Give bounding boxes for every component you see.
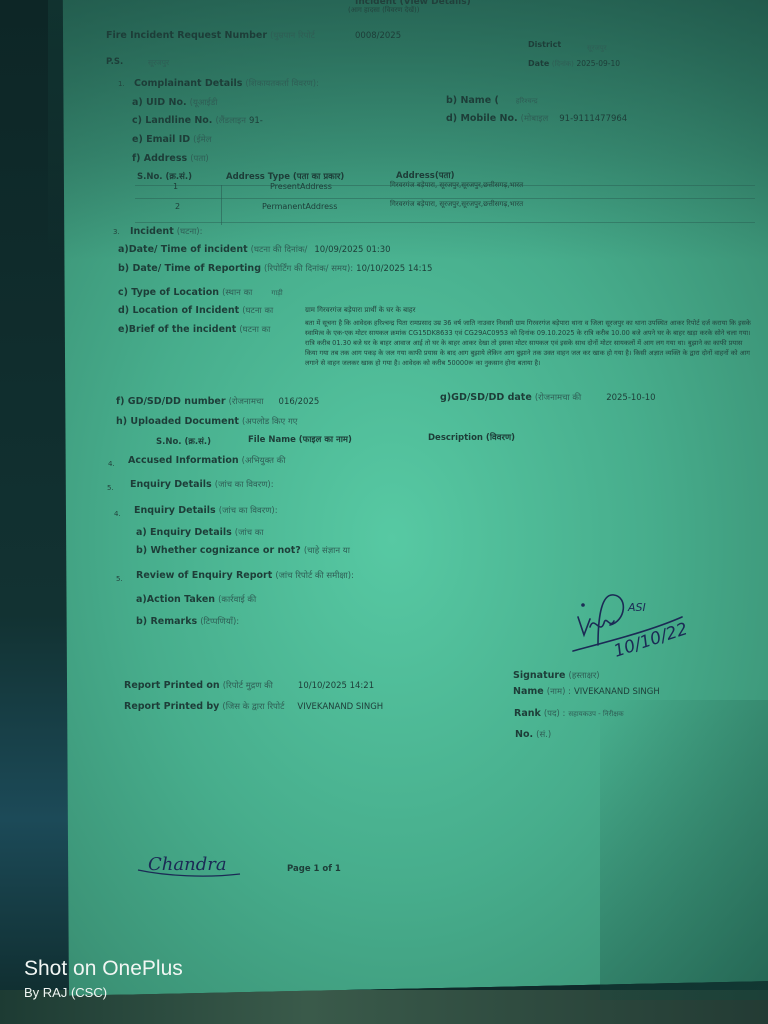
address-col-address: Address(पता): [396, 170, 454, 181]
address-col-type: Address Type (पता का प्रकार): [226, 171, 344, 182]
svg-text:Chandra: Chandra: [148, 854, 227, 875]
camera-watermark: Shot on OnePlus By RAJ (CSC): [24, 957, 183, 1000]
number-field: No. (सं.): [515, 729, 551, 740]
brief-of-incident-text: बता में सूचना है कि आवेदक हरिश्चन्द्र पि…: [305, 318, 755, 368]
table-column-divider: [221, 185, 222, 225]
officer-name-field: Name (नाम) : VIVEKANAND SINGH: [513, 686, 660, 697]
uploaded-col-description: Description (विवरण): [428, 432, 515, 443]
email-field: e) Email ID (ईमेल: [132, 134, 212, 145]
officer-signature-icon: ASI 10/10/22: [570, 585, 740, 675]
incident-datetime-value: 10/09/2025 01:30: [314, 245, 390, 255]
request-number-value: 0008/2025: [355, 31, 401, 41]
location-value: ग्राम गिरवरगंज बड़ेपारा प्रार्थी के घर क…: [305, 306, 415, 315]
gd-date-field: g)GD/SD/DD date (रोजनामचा की 2025-10-10: [440, 392, 656, 403]
brief-label-field: e)Brief of the incident (घटना का: [118, 324, 270, 335]
table-divider: [135, 222, 755, 223]
ps-value: सूरजपुर: [148, 58, 169, 68]
address-col-sno: S.No. (क्र.सं.): [137, 171, 192, 182]
officer-name-value: VIVEKANAND SINGH: [574, 687, 660, 697]
svg-text:10/10/22: 10/10/22: [611, 619, 690, 662]
remarks-field: b) Remarks (टिप्पणियाँ):: [136, 616, 239, 627]
mobile-value: 91-9111477964: [559, 114, 627, 124]
gd-date-value: 2025-10-10: [606, 393, 655, 403]
enquiry-details-field: a) Enquiry Details (जांच का: [136, 527, 263, 538]
table-divider: [135, 198, 755, 199]
address-field: f) Address (पता): [132, 153, 209, 164]
rank-field: Rank (पद) : सहायकउप - निरीक्षक: [514, 708, 624, 719]
svg-text:ASI: ASI: [627, 601, 646, 614]
gd-number-field: f) GD/SD/DD number (रोजनामचा 016/2025: [116, 396, 319, 407]
rank-value: सहायकउप - निरीक्षक: [568, 710, 623, 718]
name-field: b) Name ( हरिश्चन्द्र: [446, 95, 538, 106]
review-heading: Review of Enquiry Report (जांच रिपोर्ट क…: [136, 570, 354, 581]
uploaded-document-field: h) Uploaded Document (अपलोड किए गए: [116, 416, 297, 427]
printed-on-field: Report Printed on (रिपोर्ट मुद्रण की 10/…: [124, 680, 374, 691]
doc-title-hindi: (आग हादसा (विवरण देखें)): [348, 6, 419, 15]
witness-signature-icon: Chandra: [136, 840, 246, 888]
incident-datetime-field: a)Date/ Time of incident (घटना की दिनांक…: [118, 244, 391, 255]
name-value: हरिश्चन्द्र: [516, 97, 538, 105]
mobile-field: d) Mobile No. (मोबाइल 91-9111477964: [446, 113, 627, 124]
uid-field: a) UID No. (यूआईडी: [132, 97, 217, 108]
watermark-device: Shot on OnePlus: [24, 957, 183, 981]
gd-number-value: 016/2025: [279, 397, 320, 407]
reporting-datetime-field: b) Date/ Time of Reporting (रिपोर्टिंग क…: [118, 263, 432, 274]
location-type-field: c) Type of Location (स्थान का गाड़ी: [118, 287, 283, 298]
district-label: District: [528, 40, 561, 49]
complainant-heading: Complainant Details (शिकायतकर्ता विवरण):: [134, 78, 319, 89]
action-taken-field: a)Action Taken (कार्रवाई की: [136, 594, 256, 605]
enquiry-details-heading: Enquiry Details (जांच का विवरण):: [130, 479, 274, 490]
printed-by-value: VIVEKANAND SINGH: [297, 702, 383, 712]
printed-by-field: Report Printed by (जिस के द्वारा रिपोर्ट…: [124, 701, 383, 712]
request-number-label: Fire Incident Request Number: [106, 30, 267, 41]
accused-heading: Accused Information (अभियुक्त की: [128, 455, 285, 466]
uploaded-col-filename: File Name (फाइल का नाम): [248, 434, 352, 445]
printed-on-value: 10/10/2025 14:21: [298, 681, 374, 691]
district-value: सूरजपुर: [587, 44, 607, 53]
incident-heading: Incident (घटना):: [130, 226, 203, 237]
watermark-author: By RAJ (CSC): [24, 985, 183, 1000]
date-value: 2025-09-10: [576, 59, 620, 68]
ps-label: P.S.: [106, 57, 123, 67]
enquiry-section-heading: Enquiry Details (जांच का विवरण):: [134, 505, 278, 516]
location-type-value: गाड़ी: [271, 289, 282, 297]
cognizance-field: b) Whether cognizance or not? (चाहे संज्…: [136, 545, 350, 556]
landline-field: c) Landline No. (लैंडलाइन 91-: [132, 115, 263, 126]
uploaded-col-sno: S.No. (क्र.सं.): [156, 436, 211, 447]
date-field: Date (दिनांक) 2025-09-10: [528, 59, 620, 69]
request-number-field: Fire Incident Request Number (घुम्रपान र…: [106, 30, 315, 41]
page-number: Page 1 of 1: [287, 864, 341, 874]
reporting-datetime-value: 10/10/2025 14:15: [356, 264, 432, 274]
document: Incident (View Details) (आग हादसा (विवरण…: [0, 0, 768, 1024]
location-field: d) Location of Incident (घटना का: [118, 305, 273, 316]
